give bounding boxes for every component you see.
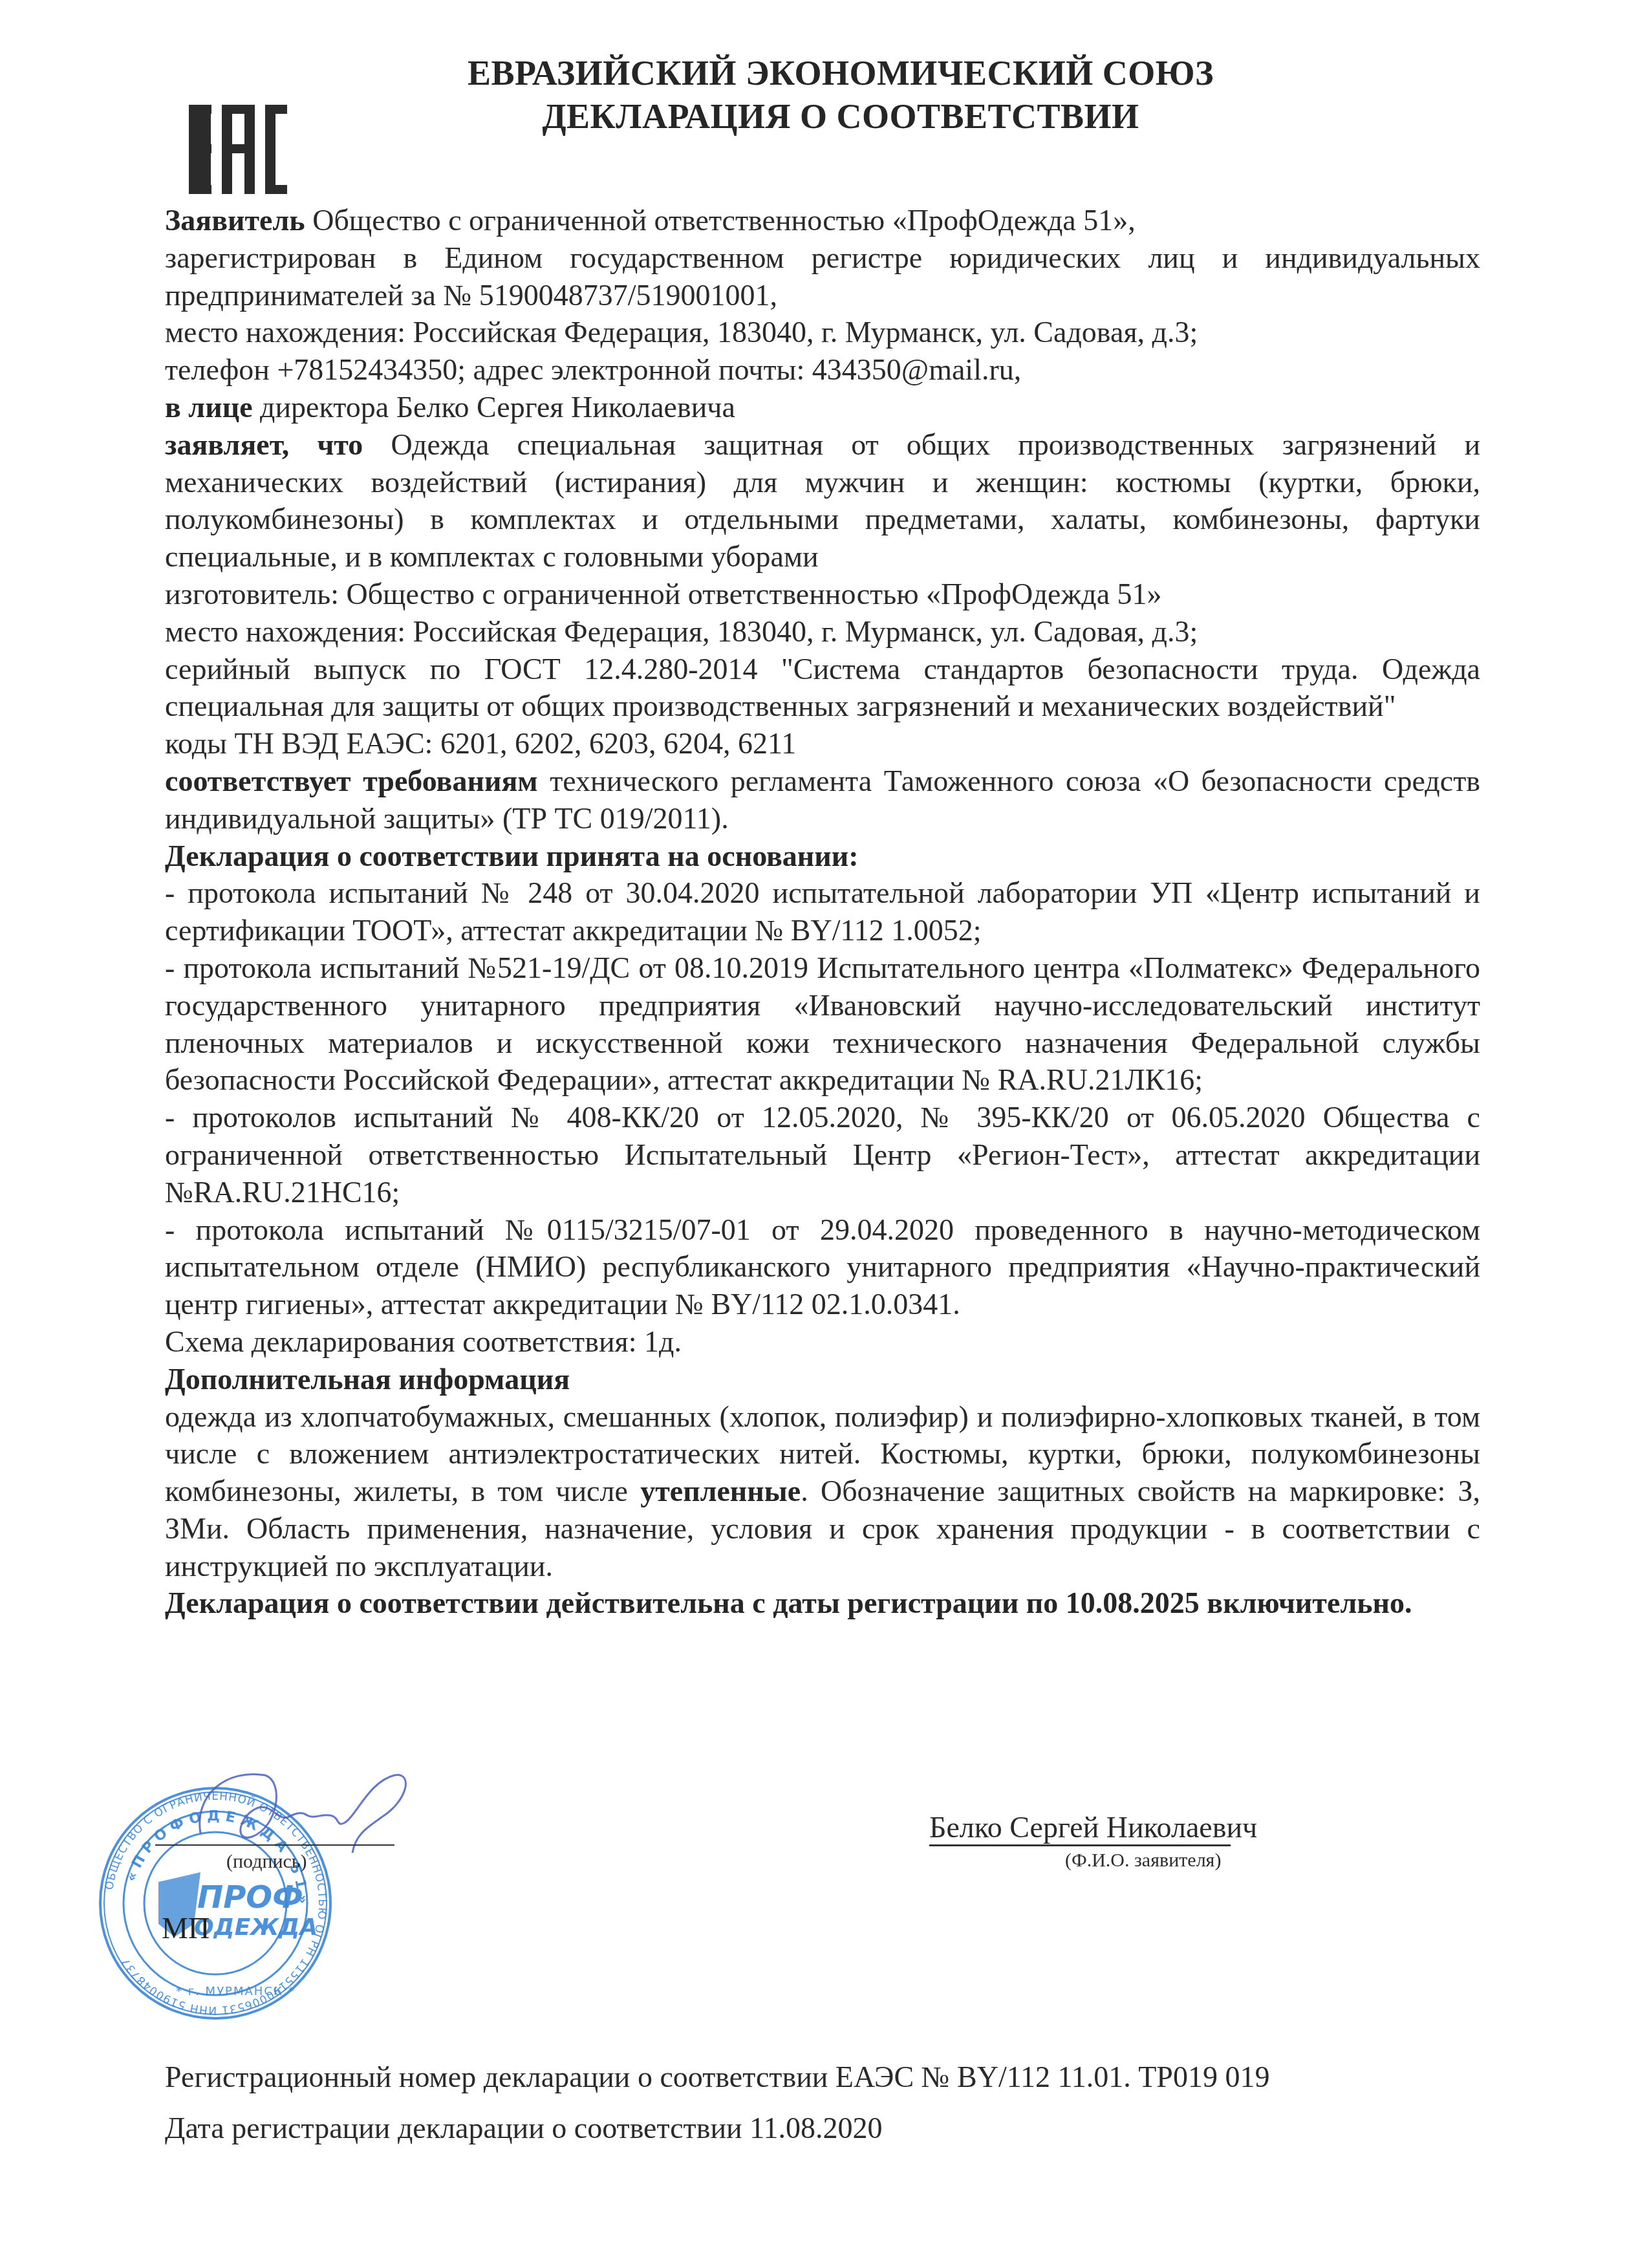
applicant-name-caption: (Ф.И.О. заявителя)	[1065, 1850, 1221, 1872]
basis-item: - протокола испытаний № 248 от 30.04.202…	[165, 874, 1480, 949]
validity-statement: Декларация о соответствии действительна …	[165, 1584, 1480, 1622]
product-description: Одежда специальная защитная от общих про…	[165, 428, 1480, 573]
basis-heading: Декларация о соответствии принята на осн…	[165, 837, 1480, 875]
signature-caption: (подпись)	[226, 1851, 307, 1873]
declares-label: заявляет, что	[165, 428, 363, 461]
basis-item: - протокола испытаний №521-19/ДС от 08.1…	[165, 949, 1480, 1099]
svg-text:* г. МУРМАНСК *: * г. МУРМАНСК *	[176, 1985, 295, 1998]
additional-heading-text: Дополнительная информация	[165, 1363, 570, 1396]
applicant-representative: в лице директора Белко Сергея Николаевич…	[165, 389, 1480, 426]
applicant-label: Заявитель	[165, 204, 305, 237]
production-standard: серийный выпуск по ГОСТ 12.4.280-2014 "С…	[165, 651, 1480, 726]
hs-codes: коды ТН ВЭД ЕАЭС: 6201, 6202, 6203, 6204…	[165, 725, 1480, 762]
basis-item: - протокола испытаний №0115/3215/07-01 о…	[165, 1211, 1480, 1323]
registration-number: Регистрационный номер декларации о соотв…	[165, 2060, 1269, 2094]
complies-label: соответствует требованиям	[165, 764, 538, 797]
title-union: ЕВРАЗИЙСКИЙ ЭКОНОМИЧЕСКИЙ СОЮЗ	[0, 53, 1649, 93]
seal-placeholder-label: МП	[162, 1911, 210, 1945]
basis-item: - протоколов испытаний № 408-КК/20 от 12…	[165, 1099, 1480, 1211]
represented-label: в лице	[165, 391, 253, 424]
applicant-contacts: телефон +78152434350; адрес электронной …	[165, 351, 1480, 389]
additional-heading: Дополнительная информация	[165, 1361, 1480, 1398]
applicant-address: место нахождения: Российская Федерация, …	[165, 314, 1480, 351]
svg-text:ПРОФ: ПРОФ	[197, 1879, 303, 1916]
validity-text: Декларация о соответствии действительна …	[165, 1586, 1412, 1619]
applicant-name: Общество с ограниченной ответственностью…	[305, 204, 1136, 237]
compliance-statement: соответствует требованиям технического р…	[165, 762, 1480, 837]
additional-info: одежда из хлопчатобумажных, смешанных (х…	[165, 1398, 1480, 1585]
applicant-registration: зарегистрирован в Едином государственном…	[165, 239, 1480, 314]
declaration-body: Заявитель Общество с ограниченной ответс…	[165, 202, 1480, 1622]
signature-line	[155, 1844, 394, 1846]
applicant-full-name: Белко Сергей Николаевич	[929, 1811, 1231, 1846]
manufacturer: изготовитель: Общество с ограниченной от…	[165, 576, 1480, 613]
declares-product: заявляет, что Одежда специальная защитна…	[165, 426, 1480, 576]
basis-heading-text: Декларация о соответствии принята на осн…	[165, 839, 859, 872]
handwritten-signature-icon	[175, 1756, 420, 1859]
svg-text:ОДЕЖДА: ОДЕЖДА	[194, 1914, 318, 1941]
represented-by: директора Белко Сергея Николаевича	[253, 391, 735, 424]
declaration-scheme: Схема декларирования соответствия: 1д.	[165, 1323, 1480, 1361]
manufacturer-address: место нахождения: Российская Федерация, …	[165, 613, 1480, 651]
registration-date: Дата регистрации декларации о соответств…	[165, 2111, 882, 2145]
applicant-line: Заявитель Общество с ограниченной ответс…	[165, 202, 1480, 239]
additional-bold: утепленные	[640, 1474, 801, 1507]
title-declaration: ДЕКЛАРАЦИЯ О СООТВЕТСТВИИ	[0, 96, 1649, 136]
